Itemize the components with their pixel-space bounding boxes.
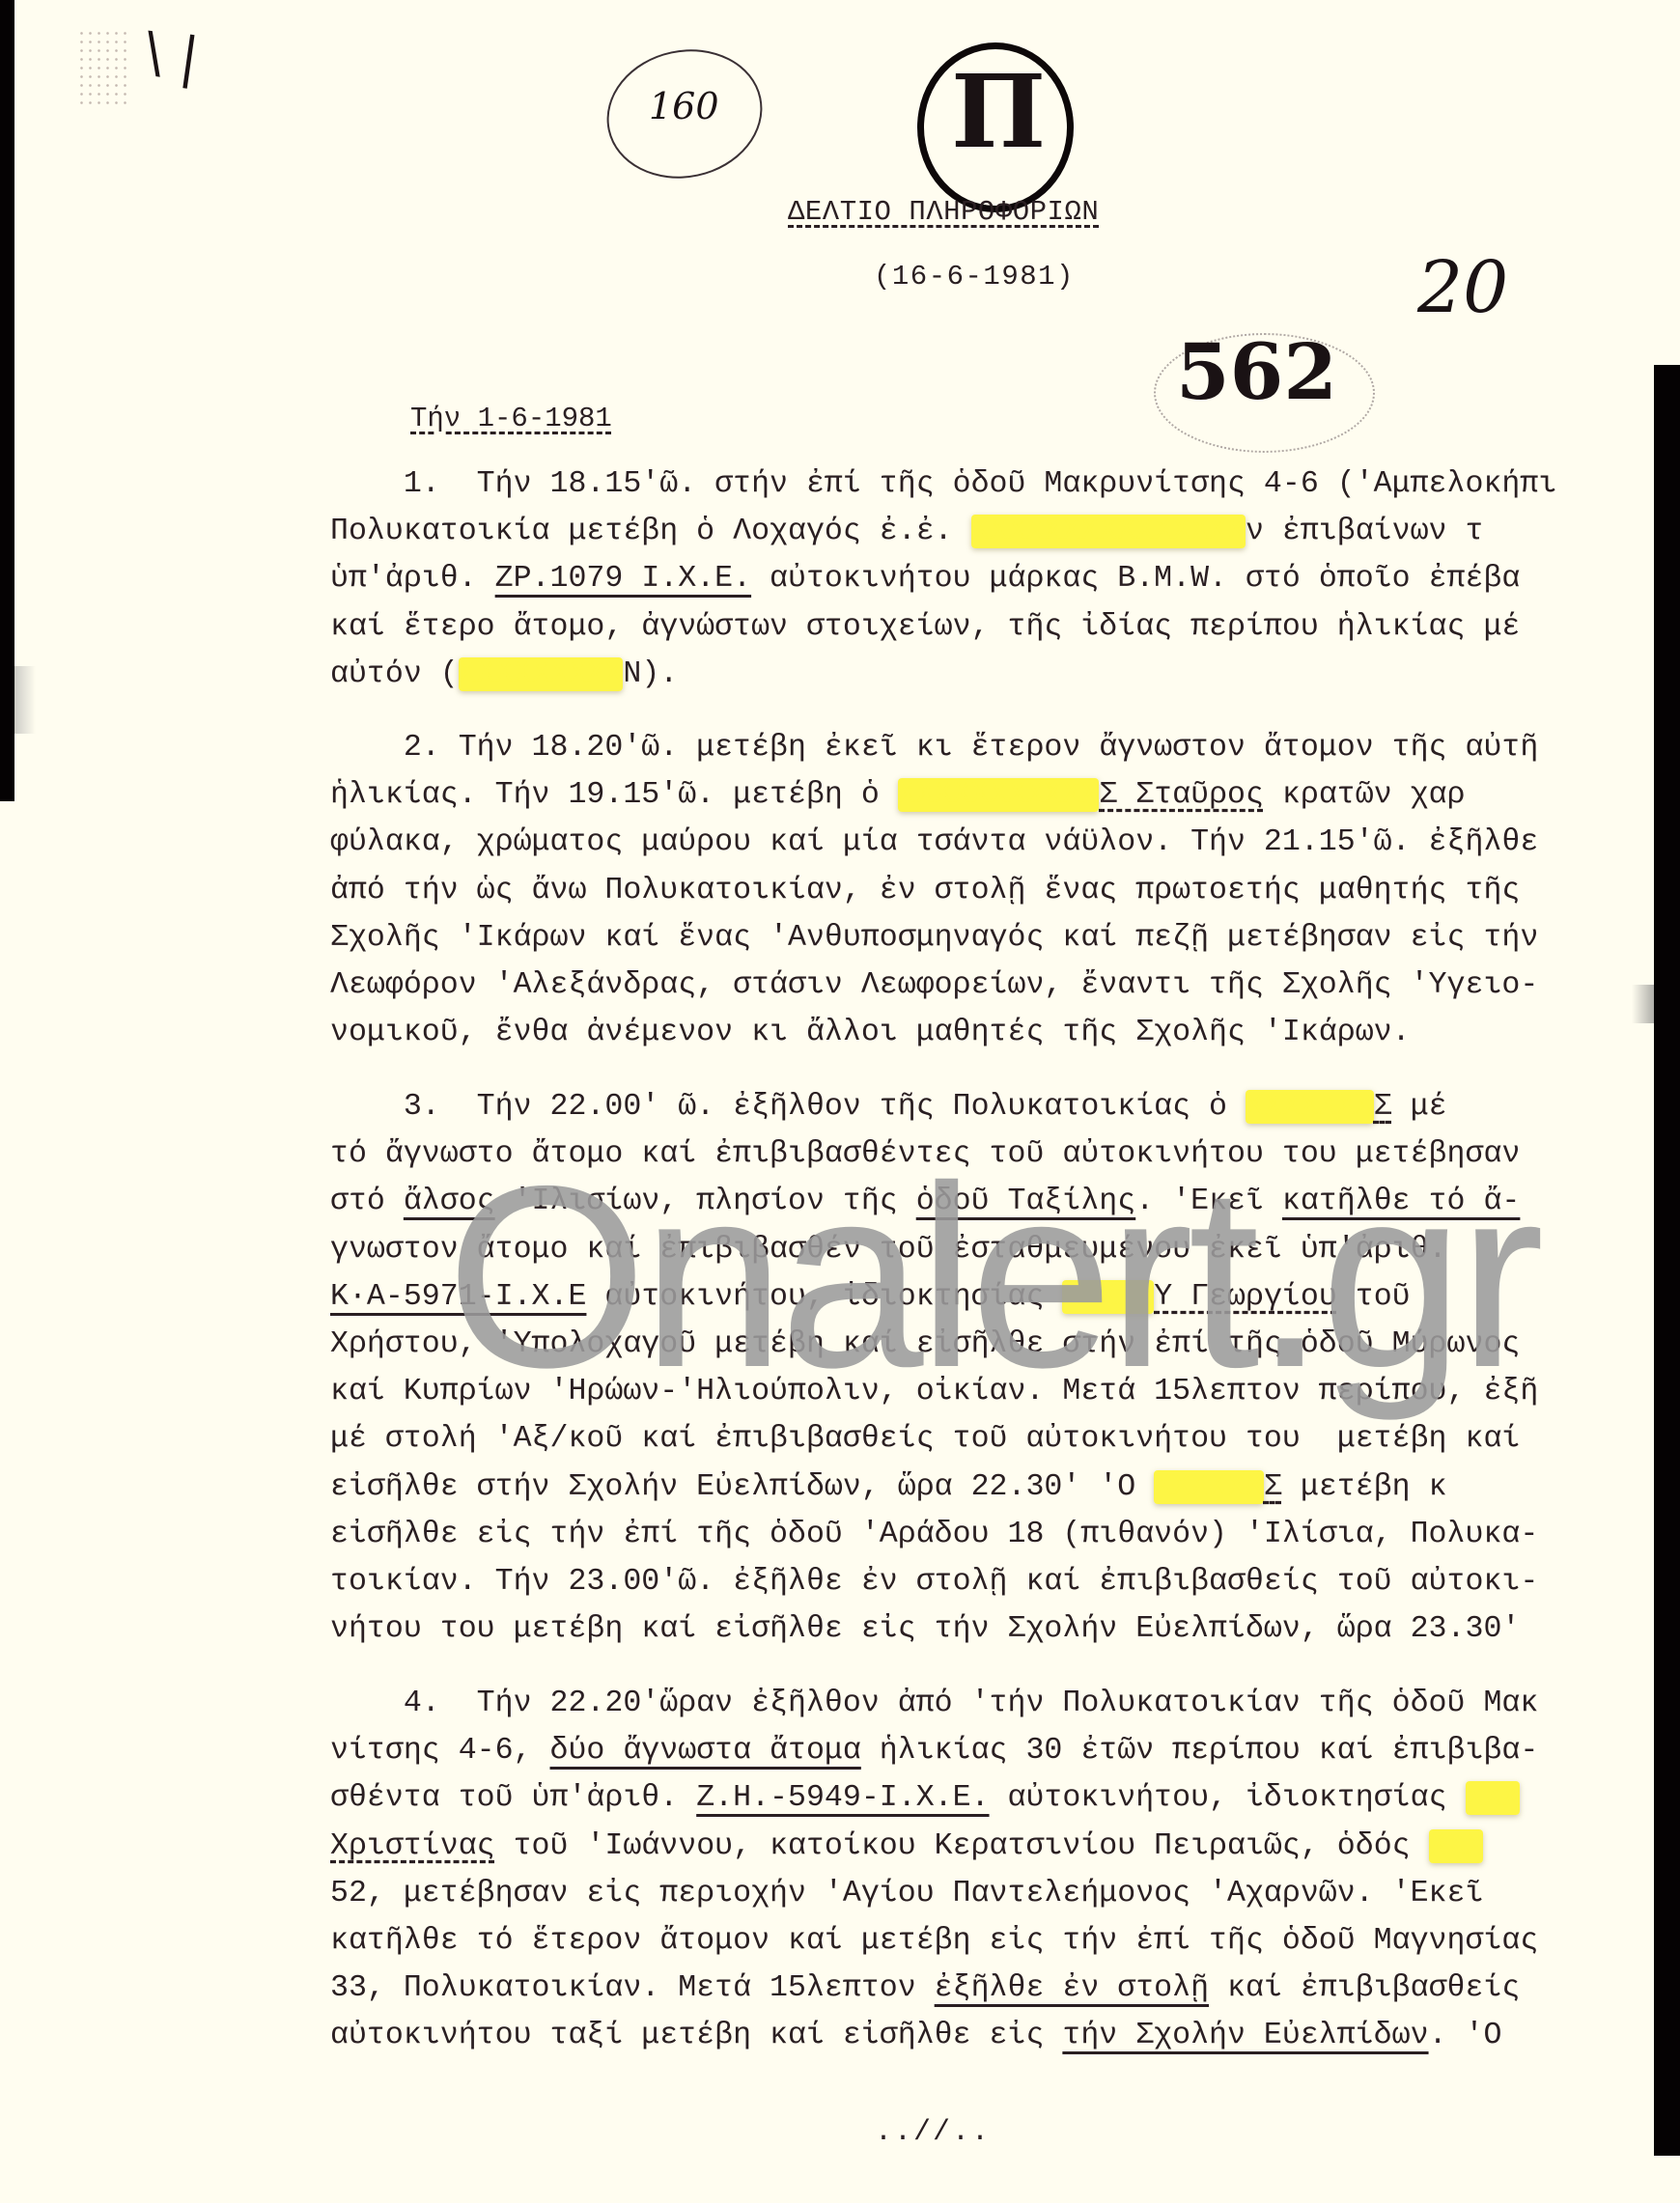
paragraph-4-line: κατῆλθε τό ἕτερον ἄτομον καί μετέβη εἰς …	[330, 1922, 1538, 1961]
text-segment: εἰσῆλθε εἰς τήν ἐπί τῆς ὁδοῦ 'Αράδου 18 …	[330, 1518, 1538, 1551]
redaction: ΧΧΧΧΧΧΧΧΧΧΧ	[898, 778, 1100, 812]
document-date: (16-6-1981)	[874, 261, 1075, 293]
text-segment: μετέβη κ	[1282, 1470, 1447, 1504]
underlined-text: Ζ.Η.-5949-Ι.Χ.Ε.	[696, 1781, 989, 1815]
text-segment: νίτσης 4-6,	[330, 1734, 550, 1768]
text-segment: σθέντα τοῦ ὑπ'ἀριθ.	[330, 1781, 696, 1815]
text-segment: καί ἕτερο ἄτομο, ἀγνώστων στοιχείων, τῆς…	[330, 610, 1520, 644]
text-segment: 33, Πολυκατοικίαν. Μετά 15λεπτον	[330, 1971, 935, 2005]
text-segment: 'Ιλισίων, πλησίον τῆς	[495, 1185, 916, 1218]
scan-border-right	[1654, 365, 1680, 2156]
text-segment: 4. Τήν 22.20'ὥραν ἐξῆλθον ἀπό 'τήν Πολυκ…	[330, 1687, 1538, 1720]
redaction: ΧΧΧΧΧΧΧΧΧ	[459, 657, 624, 691]
scan-shadow	[14, 666, 36, 734]
text-segment: Λεωφόρον 'Αλεξάνδρας, στάσιν Λεωφορείων,…	[330, 968, 1538, 1002]
scan-border-left	[0, 0, 14, 801]
text-segment: τοῦ 'Ιωάννου, κατοίκου Κερατσινίου Πειρα…	[495, 1829, 1429, 1863]
text-segment: 2. Τήν 18.20'ῶ. μετέβη ἐκεῖ κι ἕτερον ἄγ…	[330, 731, 1538, 765]
text-segment: νήτου του μετέβη καί εἰσῆλθε εἰς τήν Σχο…	[330, 1612, 1520, 1646]
paragraph-1-line: Πολυκατοικία μετέβη ὁ Λοχαγός ἐ.ἐ. ΧΧΧΧΧ…	[330, 513, 1483, 551]
text-segment: τό ἄγνωστο ἄτομο καί ἐπιβιβασθέντες τοῦ …	[330, 1137, 1520, 1171]
paragraph-1-line: καί ἕτερο ἄτομο, ἀγνώστων στοιχείων, τῆς…	[330, 608, 1520, 647]
paragraph-2-line: ἡλικίας. Τήν 19.15'ῶ. μετέβη ὁ ΧΧΧΧΧΧΧΧΧ…	[330, 776, 1466, 815]
punch-dots	[77, 29, 130, 106]
paragraph-1-line: αὐτόν (ΧΧΧΧΧΧΧΧΧΝ).	[330, 655, 678, 694]
text-segment: ἡλικίας. Τήν 19.15'ῶ. μετέβη ὁ	[330, 778, 898, 812]
underlined-text: Σ Σταῦρος	[1099, 778, 1264, 812]
handwritten-circled-letter: Π	[951, 52, 1046, 171]
text-segment: καί Κυπρίων 'Ηρώων-'Ηλιούπολιν, οἰκίαν. …	[330, 1375, 1538, 1408]
underlined-text: ἄλσος	[404, 1185, 495, 1218]
text-segment: Ν).	[623, 657, 678, 691]
text-segment: κατῆλθε τό ἕτερον ἄτομον καί μετέβη εἰς …	[330, 1924, 1538, 1958]
text-segment: μέ	[1392, 1090, 1447, 1124]
scan-shadow	[1632, 985, 1654, 1023]
text-segment: εἰσῆλθε στήν Σχολήν Εὐελπίδων, ὥρα 22.30…	[330, 1470, 1154, 1504]
redaction: ΧΧΧΧΧΧ	[1154, 1470, 1264, 1504]
text-segment: ἀπό τήν ὡς ἄνω Πολυκατοικίαν, ἐν στολῇ ἕ…	[330, 874, 1520, 907]
paragraph-3-line: εἰσῆλθε στήν Σχολήν Εὐελπίδων, ὥρα 22.30…	[330, 1468, 1447, 1507]
underlined-text: κατῆλθε τό ἄ-	[1282, 1185, 1520, 1218]
continuation-mark: ..//..	[875, 2116, 991, 2149]
paragraph-3-line: τό ἄγνωστο ἄτομο καί ἐπιβιβασθέντες τοῦ …	[330, 1135, 1520, 1174]
text-segment: κρατῶν χαρ	[1264, 778, 1466, 812]
text-segment: . 'Εκεῖ	[1135, 1185, 1282, 1218]
text-segment: νομικοῦ, ἔνθα ἀνέμενον κι ἄλλοι μαθητές …	[330, 1016, 1411, 1049]
redaction: ΧΧΧΧΧΧΧΧΧΧΧΧΧΧΧ	[971, 515, 1246, 548]
underlined-text: Σ	[1374, 1090, 1392, 1124]
redaction: ΧΧΧΧΧΧΧ	[1246, 1090, 1374, 1124]
paragraph-4-line: σθέντα τοῦ ὑπ'ἀριθ. Ζ.Η.-5949-Ι.Χ.Ε. αὐτ…	[330, 1779, 1520, 1818]
paragraph-4-line: αὐτοκινήτου ταξί μετέβη καί εἰσῆλθε εἰς …	[330, 2017, 1501, 2055]
paragraph-3-line: μέ στολή 'Αξ/κοῦ καί ἐπιβιβασθείς τοῦ αὐ…	[330, 1420, 1520, 1459]
text-segment: 52, μετέβησαν εἰς περιοχήν 'Αγίου Παντελ…	[330, 1877, 1483, 1910]
redaction: ΧΧΧ	[1429, 1829, 1484, 1863]
underlined-text: Κ·Α-5971-Ι.Χ.Ε	[330, 1280, 586, 1314]
text-segment: αὐτοκινήτου μάρκας Β.Μ.W. στό ὁποῖο ἐπέβ…	[751, 562, 1520, 596]
paragraph-4-line: 4. Τήν 22.20'ὥραν ἐξῆλθον ἀπό 'τήν Πολυκ…	[330, 1685, 1538, 1723]
underlined-text: δύο ἄγνωστα ἄτομα	[550, 1734, 861, 1768]
paragraph-3-line: γνωστον ἄτομο καί ἐπιβιβασθέν τοῦ ἐσταθμ…	[330, 1231, 1447, 1269]
text-segment: αὐτόν (	[330, 657, 459, 691]
paragraph-4-line: Χριστίνας τοῦ 'Ιωάννου, κατοίκου Κερατσι…	[330, 1827, 1483, 1866]
underlined-text: Σ	[1264, 1470, 1282, 1504]
text-segment: Σχολῆς 'Ικάρων καί ἕνας 'Ανθυποσμηναγός …	[330, 921, 1538, 955]
underlined-text: τήν Σχολήν Εὐελπίδων	[1062, 2019, 1428, 2052]
paragraph-3-line: τοικίαν. Τήν 23.00'ῶ. ἐξῆλθε ἐν στολῇ κα…	[330, 1563, 1538, 1602]
text-segment: μέ στολή 'Αξ/κοῦ καί ἐπιβιβασθείς τοῦ αὐ…	[330, 1422, 1520, 1456]
text-segment: αὐτοκινήτου, ἰδιοκτησίας	[990, 1781, 1466, 1815]
underlined-text: ΖΡ.1079 Ι.Χ.Ε.	[495, 562, 751, 596]
paragraph-2-line: ἀπό τήν ὡς ἄνω Πολυκατοικίαν, ἐν στολῇ ἕ…	[330, 872, 1520, 910]
text-segment: Χρήστου, 'Υπολοχαγοῦ μετέβη καί εἰσῆλθε …	[330, 1327, 1520, 1361]
paragraph-2-line: φύλακα, χρώματος μαύρου καί μία τσάντα ν…	[330, 823, 1538, 862]
paragraph-4-line: νίτσης 4-6, δύο ἄγνωστα ἄτομα ἡλικίας 30…	[330, 1732, 1538, 1771]
text-segment: τοῦ	[1337, 1280, 1411, 1314]
text-segment: στό	[330, 1185, 404, 1218]
text-segment: φύλακα, χρώματος μαύρου καί μία τσάντα ν…	[330, 825, 1538, 859]
handwritten-circled-number: 160	[649, 85, 719, 127]
scanned-document-page: \ | 160 Π 20 562 ΔΕΛΤΙΟ ΠΛΗΡΟΦΟΡΙΩΝ (16-…	[0, 0, 1680, 2203]
text-segment: καί ἐπιβιβασθείς	[1209, 1971, 1520, 2005]
paragraph-3-line: Κ·Α-5971-Ι.Χ.Ε αὐτοκινήτου, ἰδιοκτησίας …	[330, 1278, 1411, 1317]
paragraph-3-line: νήτου του μετέβη καί εἰσῆλθε εἰς τήν Σχο…	[330, 1610, 1520, 1649]
paragraph-1-line: ὑπ'ἀριθ. ΖΡ.1079 Ι.Χ.Ε. αὐτοκινήτου μάρκ…	[330, 560, 1520, 599]
underlined-text: Χριστίνας	[330, 1829, 495, 1863]
paragraph-1-line: 1. Τήν 18.15'ῶ. στήν ἐπί τῆς ὁδοῦ Μακρυν…	[330, 465, 1556, 504]
handwritten-file-number: 562	[1176, 326, 1337, 417]
document-title: ΔΕΛΤΙΟ ΠΛΗΡΟΦΟΡΙΩΝ	[788, 196, 1099, 228]
text-segment: ὑπ'ἀριθ.	[330, 562, 495, 596]
text-segment: Πολυκατοικία μετέβη ὁ Λοχαγός ἐ.ἐ.	[330, 515, 971, 548]
paragraph-4-line: 52, μετέβησαν εἰς περιοχήν 'Αγίου Παντελ…	[330, 1875, 1483, 1913]
underlined-text: Υ Γεωργίου	[1154, 1280, 1337, 1314]
handwritten-top-left-mark: \ |	[141, 20, 203, 90]
text-segment: ἡλικίας 30 ἐτῶν περίπου καί ἐπιβιβα-	[861, 1734, 1539, 1768]
paragraph-3-line: καί Κυπρίων 'Ηρώων-'Ηλιούπολιν, οἰκίαν. …	[330, 1373, 1538, 1411]
text-segment: τοικίαν. Τήν 23.00'ῶ. ἐξῆλθε ἐν στολῇ κα…	[330, 1565, 1538, 1599]
text-segment: αὐτοκινήτου, ἰδιοκτησίας	[586, 1280, 1062, 1314]
redaction: ΧΧΧ	[1466, 1781, 1521, 1815]
paragraph-2-line: Λεωφόρον 'Αλεξάνδρας, στάσιν Λεωφορείων,…	[330, 966, 1538, 1005]
paragraph-2-line: 2. Τήν 18.20'ῶ. μετέβη ἐκεῖ κι ἕτερον ἄγ…	[330, 729, 1538, 767]
report-date-heading: Τήν 1-6-1981	[410, 403, 612, 434]
text-segment: γνωστον ἄτομο καί ἐπιβιβασθέν τοῦ ἐσταθμ…	[330, 1233, 1447, 1267]
paragraph-3-line: εἰσῆλθε εἰς τήν ἐπί τῆς ὁδοῦ 'Αράδου 18 …	[330, 1516, 1538, 1554]
paragraph-3-line: στό ἄλσος 'Ιλισίων, πλησίον τῆς ὁδοῦ Ταξ…	[330, 1183, 1520, 1221]
text-segment: . 'Ο	[1429, 2019, 1502, 2052]
paragraph-3-line: Χρήστου, 'Υπολοχαγοῦ μετέβη καί εἰσῆλθε …	[330, 1325, 1520, 1364]
paragraph-2-line: Σχολῆς 'Ικάρων καί ἕνας 'Ανθυποσμηναγός …	[330, 919, 1538, 958]
text-segment: αὐτοκινήτου ταξί μετέβη καί εἰσῆλθε εἰς	[330, 2019, 1062, 2052]
underlined-text: ἐξῆλθε ἐν στολῇ	[935, 1971, 1209, 2005]
underlined-text: ὁδοῦ Ταξίλης	[916, 1185, 1136, 1218]
paragraph-4-line: 33, Πολυκατοικίαν. Μετά 15λεπτον ἐξῆλθε …	[330, 1969, 1520, 2008]
text-segment: 3. Τήν 22.00' ῶ. ἐξῆλθον τῆς Πολυκατοικί…	[330, 1090, 1246, 1124]
text-segment: 1. Τήν 18.15'ῶ. στήν ἐπί τῆς ὁδοῦ Μακρυν…	[330, 467, 1556, 501]
paragraph-2-line: νομικοῦ, ἔνθα ἀνέμενον κι ἄλλοι μαθητές …	[330, 1014, 1411, 1052]
paragraph-3-line: 3. Τήν 22.00' ῶ. ἐξῆλθον τῆς Πολυκατοικί…	[330, 1088, 1447, 1127]
redaction: ΧΧΧΧΧ	[1062, 1280, 1154, 1314]
text-segment: ν ἐπιβαίνων τ	[1246, 515, 1483, 548]
handwritten-page-number: 20	[1417, 246, 1508, 329]
